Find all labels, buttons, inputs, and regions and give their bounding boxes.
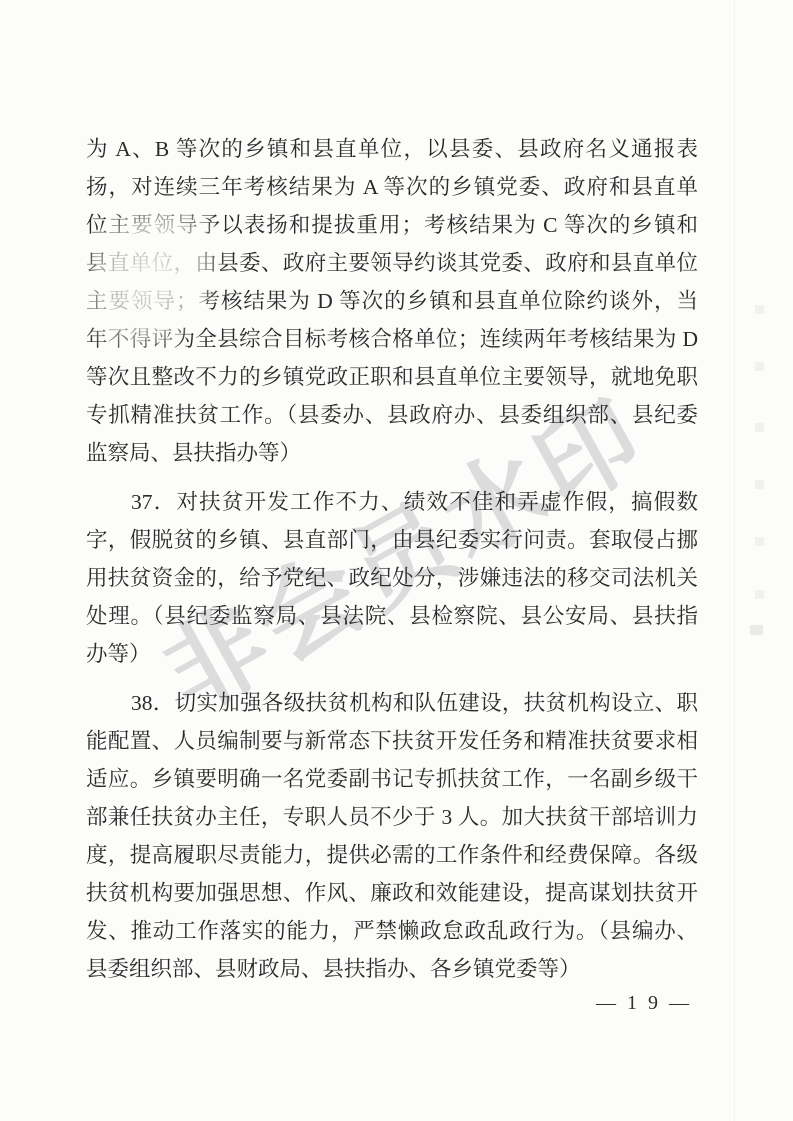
text-line: 字，假脱贫的乡镇、县直部门，由县纪委实行问责。套取侵占挪 xyxy=(86,521,698,559)
scan-seam-artifact xyxy=(734,0,735,1121)
text-line: 37．对扶贫开发工作不力、绩效不佳和弄虚作假，搞假数 xyxy=(86,483,698,521)
paragraph-37: 37．对扶贫开发工作不力、绩效不佳和弄虚作假，搞假数 字，假脱贫的乡镇、县直部门… xyxy=(86,483,698,673)
text-line: 度，提高履职尽责能力，提供必需的工作条件和经费保障。各级 xyxy=(86,836,698,874)
text-line: 发、推动工作落实的能力，严禁懒政怠政乱政行为。（县编办、 xyxy=(86,912,698,950)
scan-speck xyxy=(755,305,764,314)
text-line: 监察局、县扶指办等） xyxy=(86,434,698,472)
paragraph-continued: 为 A、B 等次的乡镇和县直单位，以县委、县政府名义通报表 扬，对连续三年考核结… xyxy=(86,130,698,472)
text-line: 办等） xyxy=(86,635,698,673)
text-line: 县直单位，由县委、政府主要领导约谈其党委、政府和县直单位 xyxy=(86,244,698,282)
scan-speck xyxy=(755,537,764,546)
scan-speck xyxy=(755,423,764,432)
text-line: 为 A、B 等次的乡镇和县直单位，以县委、县政府名义通报表 xyxy=(86,130,698,168)
text-line: 部兼任扶贫办主任，专职人员不少于 3 人。加大扶贫干部培训力 xyxy=(86,798,698,836)
text-line: 等次且整改不力的乡镇党政正职和县直单位主要领导，就地免职 xyxy=(86,358,698,396)
text-line: 38．切实加强各级扶贫机构和队伍建设，扶贫机构设立、职 xyxy=(86,684,698,722)
scan-speck xyxy=(750,625,763,635)
scanned-document-page: 非会员水印 为 A、B 等次的乡镇和县直单位，以县委、县政府名义通报表 扬，对连… xyxy=(0,0,793,1121)
text-line: 主要领导；考核结果为 D 等次的乡镇和县直单位除约谈外，当 xyxy=(86,282,698,320)
page-number: — 1 9 — xyxy=(596,992,692,1015)
scan-speck xyxy=(755,362,764,371)
document-body: 为 A、B 等次的乡镇和县直单位，以县委、县政府名义通报表 扬，对连续三年考核结… xyxy=(86,130,698,988)
text-line: 位主要领导予以表扬和提拔重用；考核结果为 C 等次的乡镇和 xyxy=(86,206,698,244)
scan-speck xyxy=(755,590,764,599)
text-line: 县委组织部、县财政局、县扶指办、各乡镇党委等） xyxy=(86,950,698,988)
text-line: 专抓精准扶贫工作。（县委办、县政府办、县委组织部、县纪委 xyxy=(86,396,698,434)
text-line: 年不得评为全县综合目标考核合格单位；连续两年考核结果为 D xyxy=(86,320,698,358)
paragraph-38: 38．切实加强各级扶贫机构和队伍建设，扶贫机构设立、职 能配置、人员编制要与新常… xyxy=(86,684,698,988)
text-line: 适应。乡镇要明确一名党委副书记专抓扶贫工作，一名副乡级干 xyxy=(86,760,698,798)
text-line: 扬，对连续三年考核结果为 A 等次的乡镇党委、政府和县直单 xyxy=(86,168,698,206)
scan-speck xyxy=(755,480,764,489)
text-line: 用扶贫资金的，给予党纪、政纪处分，涉嫌违法的移交司法机关 xyxy=(86,559,698,597)
text-line: 扶贫机构要加强思想、作风、廉政和效能建设，提高谋划扶贫开 xyxy=(86,874,698,912)
text-line: 能配置、人员编制要与新常态下扶贫开发任务和精准扶贫要求相 xyxy=(86,722,698,760)
text-line: 处理。（县纪委监察局、县法院、县检察院、县公安局、县扶指 xyxy=(86,597,698,635)
